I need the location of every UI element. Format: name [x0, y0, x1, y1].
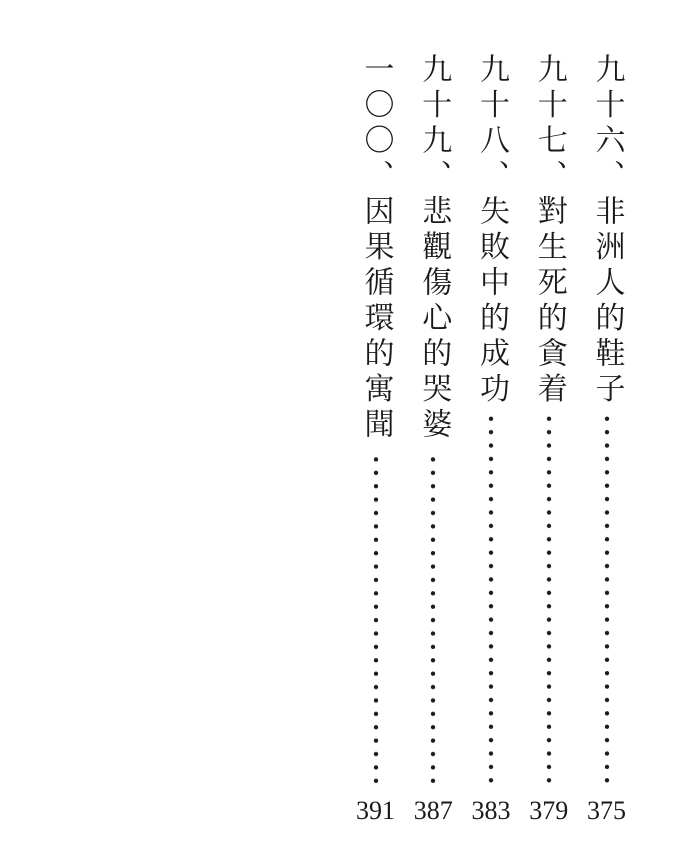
page-number: 391 [356, 798, 395, 825]
entry-title: 九十六、非洲人的鞋子 [592, 53, 622, 408]
page-number: 379 [529, 798, 568, 825]
toc-entry-099: 九十九、悲觀傷心的哭婆 387 [405, 53, 462, 825]
page-number: 375 [587, 798, 626, 825]
page-number: 387 [414, 798, 453, 825]
dotted-leader [488, 413, 494, 787]
toc-entry-098: 九十八、失敗中的成功 383 [463, 53, 520, 825]
page-number: 383 [472, 798, 511, 825]
toc-entry-100: 一〇〇、因果循環的寓聞 391 [347, 53, 404, 825]
dotted-leader [373, 449, 379, 788]
toc-entry-096: 九十六、非洲人的鞋子 375 [578, 53, 635, 825]
entry-title: 九十七、對生死的貪着 [534, 53, 564, 408]
dotted-leader [546, 413, 552, 787]
toc-entry-097: 九十七、對生死的貪着 379 [520, 53, 577, 825]
entry-title: 一〇〇、因果循環的寓聞 [361, 53, 391, 444]
book-page: { "page": { "background_color": "#ffffff… [0, 0, 700, 866]
entry-title: 九十九、悲觀傷心的哭婆 [418, 53, 448, 444]
dotted-leader [430, 449, 436, 788]
toc-list: 九十六、非洲人的鞋子 375 九十七、對生死的貪着 379 九十八、失敗中的成功… [347, 53, 635, 825]
dotted-leader [604, 413, 610, 787]
entry-title: 九十八、失敗中的成功 [476, 53, 506, 408]
